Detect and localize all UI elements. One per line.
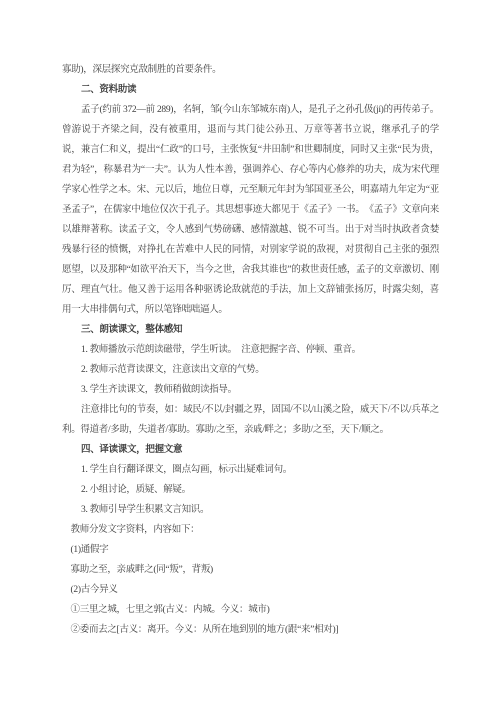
section4-heading: 四、译读课文，把握文意 [62, 440, 439, 460]
translate-step-2: 2. 小组讨论，质疑、解疑。 [62, 480, 439, 500]
translate-step-1: 1. 学生自行翻译课文，圈点勾画，标示出疑难词句。 [62, 460, 439, 480]
document-page: 寡助)，深层探究克敌制胜的首要条件。 二、资料助读 孟子(约前 372—前 28… [0, 0, 500, 707]
handout-gujin-example-1: ①三里之城，七里之郭(古义：内城。今义：城市) [62, 600, 439, 620]
handout-intro: 教师分发文字资料，内容如下： [62, 520, 439, 540]
handout-gujin-label: (2)古今异义 [62, 580, 439, 600]
handout-tongjiazi-example: 寡助之至，亲戚畔之(同“叛”，背叛) [62, 560, 439, 580]
handout-gujin-example-2: ②委而去之[古义：离开。今义：从所在地到别的地方(跟“来”相对)] [62, 620, 439, 640]
section2-heading: 二、资料助读 [62, 80, 439, 100]
section3-heading: 三、朗读课文，整体感知 [62, 320, 439, 340]
reading-step-3: 3. 学生齐读课文，教师稍做朗读指导。 [62, 380, 439, 400]
reading-step-2: 2. 教师示范背读课文，注意读出文章的气势。 [62, 360, 439, 380]
translate-step-3: 3. 教师引导学生积累文言知识。 [62, 500, 439, 520]
mengzi-background-paragraph: 孟子(约前 372—前 289)，名轲，邹(今山东邹城东南)人，是孔子之孙孔伋(… [62, 100, 439, 320]
continuation-line: 寡助)，深层探究克敌制胜的首要条件。 [62, 60, 439, 80]
rhythm-note: 注意排比句的节奏，如：域民/不以/封疆之界，固国/不以/山溪之险，威天下/不以/… [62, 400, 439, 440]
handout-tongjiazi-label: (1)通假字 [62, 540, 439, 560]
reading-step-1: 1. 教师播放示范朗读磁带，学生听读。 注意把握字音、停顿、重音。 [62, 340, 439, 360]
